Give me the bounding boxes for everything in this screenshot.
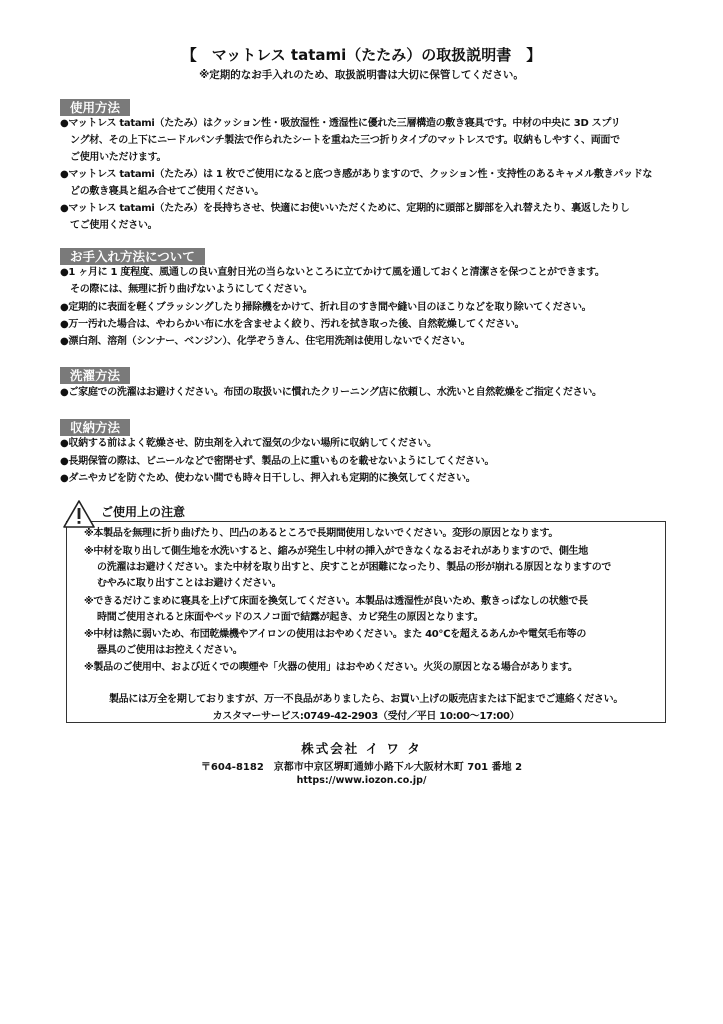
customer-service: カスタマーサービス:0749-42-2903（受付／平日 10:00～17:00… bbox=[66, 707, 666, 722]
caution-line: むやみに取り出すことはお避けください。 bbox=[97, 577, 281, 591]
manual-page: 【 マットレス tatami（たたみ）の取扱説明書 】 ※定期的なお手入れのため… bbox=[0, 0, 723, 1024]
washing-line: ●ご家庭での洗濯はお避けください。布団の取扱いに慣れたクリーニング店に依頼し、水… bbox=[60, 386, 602, 400]
caution-line: の洗濯はお避けください。また中材を取り出すと、戻すことが困難になったり、製品の形… bbox=[97, 561, 611, 575]
company-address: 〒604-8182 京都市中京区堺町通姉小路下ル大阪材木町 701 番地 2 bbox=[0, 758, 723, 773]
usage-line: ●マットレス tatami（たたみ）はクッション性・吸放湿性・透湿性に優れた三層… bbox=[60, 117, 620, 131]
caution-line: ※本製品を無理に折り曲げたり、凹凸のあるところで長期間使用しないでください。変形… bbox=[84, 527, 558, 541]
storage-line: ●収納する前はよく乾燥させ、防虫剤を入れて湿気の少ない場所に収納してください。 bbox=[60, 437, 437, 451]
usage-line: どの敷き寝具と組み合せてご使用ください。 bbox=[70, 185, 264, 199]
storage-line: ●長期保管の際は、ビニールなどで密閉せず、製品の上に重いものを載せないようにして… bbox=[60, 455, 494, 469]
care-line: ●万一汚れた場合は、やわらかい布に水を含ませよく絞り、汚れを拭き取った後、自然乾… bbox=[60, 318, 524, 332]
section-heading-usage: 使用方法 bbox=[60, 99, 130, 116]
caution-line: ※中材を取り出して側生地を水洗いすると、縮みが発生し中材の挿入ができなくなるおそ… bbox=[84, 545, 588, 559]
storage-line: ●ダニやカビを防ぐため、使わない間でも時々日干しし、押入れも定期的に換気してくだ… bbox=[60, 472, 475, 486]
section-heading-storage: 収納方法 bbox=[60, 419, 130, 436]
care-line: ●定期的に表面を軽くブラッシングしたり掃除機をかけて、折れ目のすき間や縫い目のほ… bbox=[60, 301, 591, 315]
section-heading-care: お手入れ方法について bbox=[60, 248, 205, 265]
document-title: 【 マットレス tatami（たたみ）の取扱説明書 】 bbox=[0, 44, 723, 65]
caution-heading: ご使用上の注意 bbox=[101, 503, 185, 520]
usage-line: てご使用ください。 bbox=[70, 219, 157, 233]
caution-line: ※中材は熱に弱いため、布団乾燥機やアイロンの使用はおやめください。また 40℃を… bbox=[84, 628, 586, 642]
usage-line: ●マットレス tatami（たたみ）を長持ちさせ、快適にお使いいただくために、定… bbox=[60, 202, 630, 216]
company-name: 株式会社 イ ワ タ bbox=[0, 739, 723, 757]
contact-note: 製品には万全を期しておりますが、万一不良品がありましたら、お買い上げの販売店また… bbox=[66, 690, 666, 705]
usage-line: ●マットレス tatami（たたみ）は 1 枚でご使用になると底つき感があります… bbox=[60, 168, 652, 182]
usage-line: ご使用いただけます。 bbox=[70, 151, 166, 165]
usage-line: ング材、その上下にニードルパンチ製法で作られたシートを重ねた三つ折りタイプのマッ… bbox=[70, 134, 620, 148]
document-subtitle: ※定期的なお手入れのため、取扱説明書は大切に保管してください。 bbox=[0, 67, 723, 82]
caution-line: 器具のご使用はお控えください。 bbox=[97, 644, 243, 658]
care-line: ●漂白剤、溶剤（シンナー、ベンジン）、化学ぞうきん、住宅用洗剤は使用しないでくだ… bbox=[60, 335, 470, 349]
caution-line: ※できるだけこまめに寝具を上げて床面を換気してください。本製品は透湿性が良いため… bbox=[84, 595, 588, 609]
caution-line: ※製品のご使用中、および近くでの喫煙や「火器の使用」はおやめください。火災の原因… bbox=[84, 661, 578, 675]
care-line: ●1 ヶ月に 1 度程度、風通しの良い直射日光の当らないところに立てかけて風を通… bbox=[60, 266, 605, 280]
care-line: その際には、無理に折り曲げないようにしてください。 bbox=[70, 283, 313, 297]
warning-triangle-icon bbox=[62, 499, 96, 529]
company-url[interactable]: https://www.iozon.co.jp/ bbox=[0, 775, 723, 786]
section-heading-washing: 洗濯方法 bbox=[60, 367, 130, 384]
caution-line: 時間ご使用されると床面やベッドのスノコ面で結露が起き、カビ発生の原因となります。 bbox=[97, 611, 483, 625]
